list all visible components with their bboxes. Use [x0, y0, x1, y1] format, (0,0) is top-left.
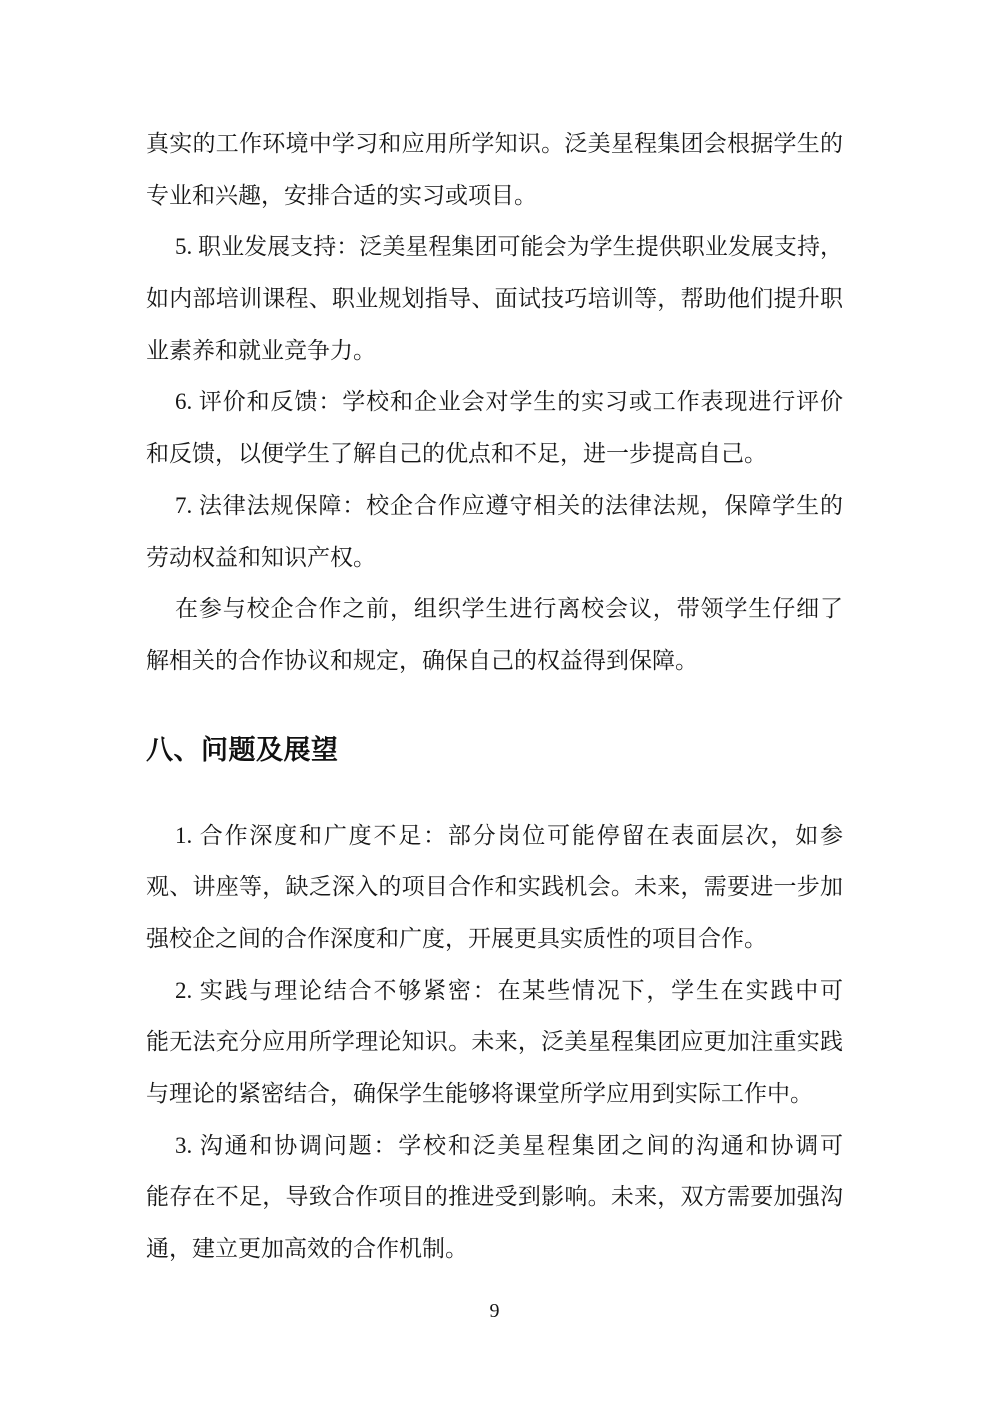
text-line: 和反馈，以便学生了解自己的优点和不足，进一步提高自己。 [146, 439, 843, 491]
paragraph: 3. 沟通和协调问题：学校和泛美星程集团之间的沟通和协调可能存在不足，导致合作项… [146, 1131, 843, 1286]
text-line: 6. 评价和反馈：学校和企业会对学生的实习或工作表现进行评价 [146, 387, 843, 439]
text-line: 专业和兴趣，安排合适的实习或项目。 [146, 181, 843, 233]
text-line: 在参与校企合作之前，组织学生进行离校会议，带领学生仔细了 [146, 594, 843, 646]
text-line: 劳动权益和知识产权。 [146, 543, 843, 595]
page-number: 9 [146, 1299, 843, 1323]
paragraph: 2. 实践与理论结合不够紧密：在某些情况下，学生在实践中可能无法充分应用所学理论… [146, 976, 843, 1131]
paragraph: 7. 法律法规保障：校企合作应遵守相关的法律法规，保障学生的劳动权益和知识产权。 [146, 491, 843, 594]
text-line: 与理论的紧密结合，确保学生能够将课堂所学应用到实际工作中。 [146, 1079, 843, 1131]
text-line: 通，建立更加高效的合作机制。 [146, 1234, 843, 1286]
paragraph: 1. 合作深度和广度不足：部分岗位可能停留在表面层次，如参观、讲座等，缺乏深入的… [146, 821, 843, 976]
document-page: 真实的工作环境中学习和应用所学知识。泛美星程集团会根据学生的专业和兴趣，安排合适… [0, 0, 992, 1403]
text-line: 1. 合作深度和广度不足：部分岗位可能停留在表面层次，如参 [146, 821, 843, 873]
text-line: 如内部培训课程、职业规划指导、面试技巧培训等，帮助他们提升职 [146, 284, 843, 336]
paragraph: 5. 职业发展支持：泛美星程集团可能会为学生提供职业发展支持，如内部培训课程、职… [146, 232, 843, 387]
text-line: 能无法充分应用所学理论知识。未来，泛美星程集团应更加注重实践 [146, 1027, 843, 1079]
text-line: 7. 法律法规保障：校企合作应遵守相关的法律法规，保障学生的 [146, 491, 843, 543]
paragraph: 在参与校企合作之前，组织学生进行离校会议，带领学生仔细了解相关的合作协议和规定，… [146, 594, 843, 697]
text-line: 真实的工作环境中学习和应用所学知识。泛美星程集团会根据学生的 [146, 129, 843, 181]
text-line: 能存在不足，导致合作项目的推进受到影响。未来，双方需要加强沟 [146, 1182, 843, 1234]
text-line: 观、讲座等，缺乏深入的项目合作和实践机会。未来，需要进一步加 [146, 872, 843, 924]
paragraph: 真实的工作环境中学习和应用所学知识。泛美星程集团会根据学生的专业和兴趣，安排合适… [146, 129, 843, 232]
section-heading: 八、问题及展望 [146, 735, 843, 765]
text-line: 2. 实践与理论结合不够紧密：在某些情况下，学生在实践中可 [146, 976, 843, 1028]
text-line: 业素养和就业竞争力。 [146, 336, 843, 388]
text-line: 解相关的合作协议和规定，确保自己的权益得到保障。 [146, 646, 843, 698]
paragraph: 6. 评价和反馈：学校和企业会对学生的实习或工作表现进行评价和反馈，以便学生了解… [146, 387, 843, 490]
text-line: 3. 沟通和协调问题：学校和泛美星程集团之间的沟通和协调可 [146, 1131, 843, 1183]
text-line: 强校企之间的合作深度和广度，开展更具实质性的项目合作。 [146, 924, 843, 976]
document-body: 真实的工作环境中学习和应用所学知识。泛美星程集团会根据学生的专业和兴趣，安排合适… [146, 129, 843, 1286]
text-line: 5. 职业发展支持：泛美星程集团可能会为学生提供职业发展支持， [146, 232, 843, 284]
